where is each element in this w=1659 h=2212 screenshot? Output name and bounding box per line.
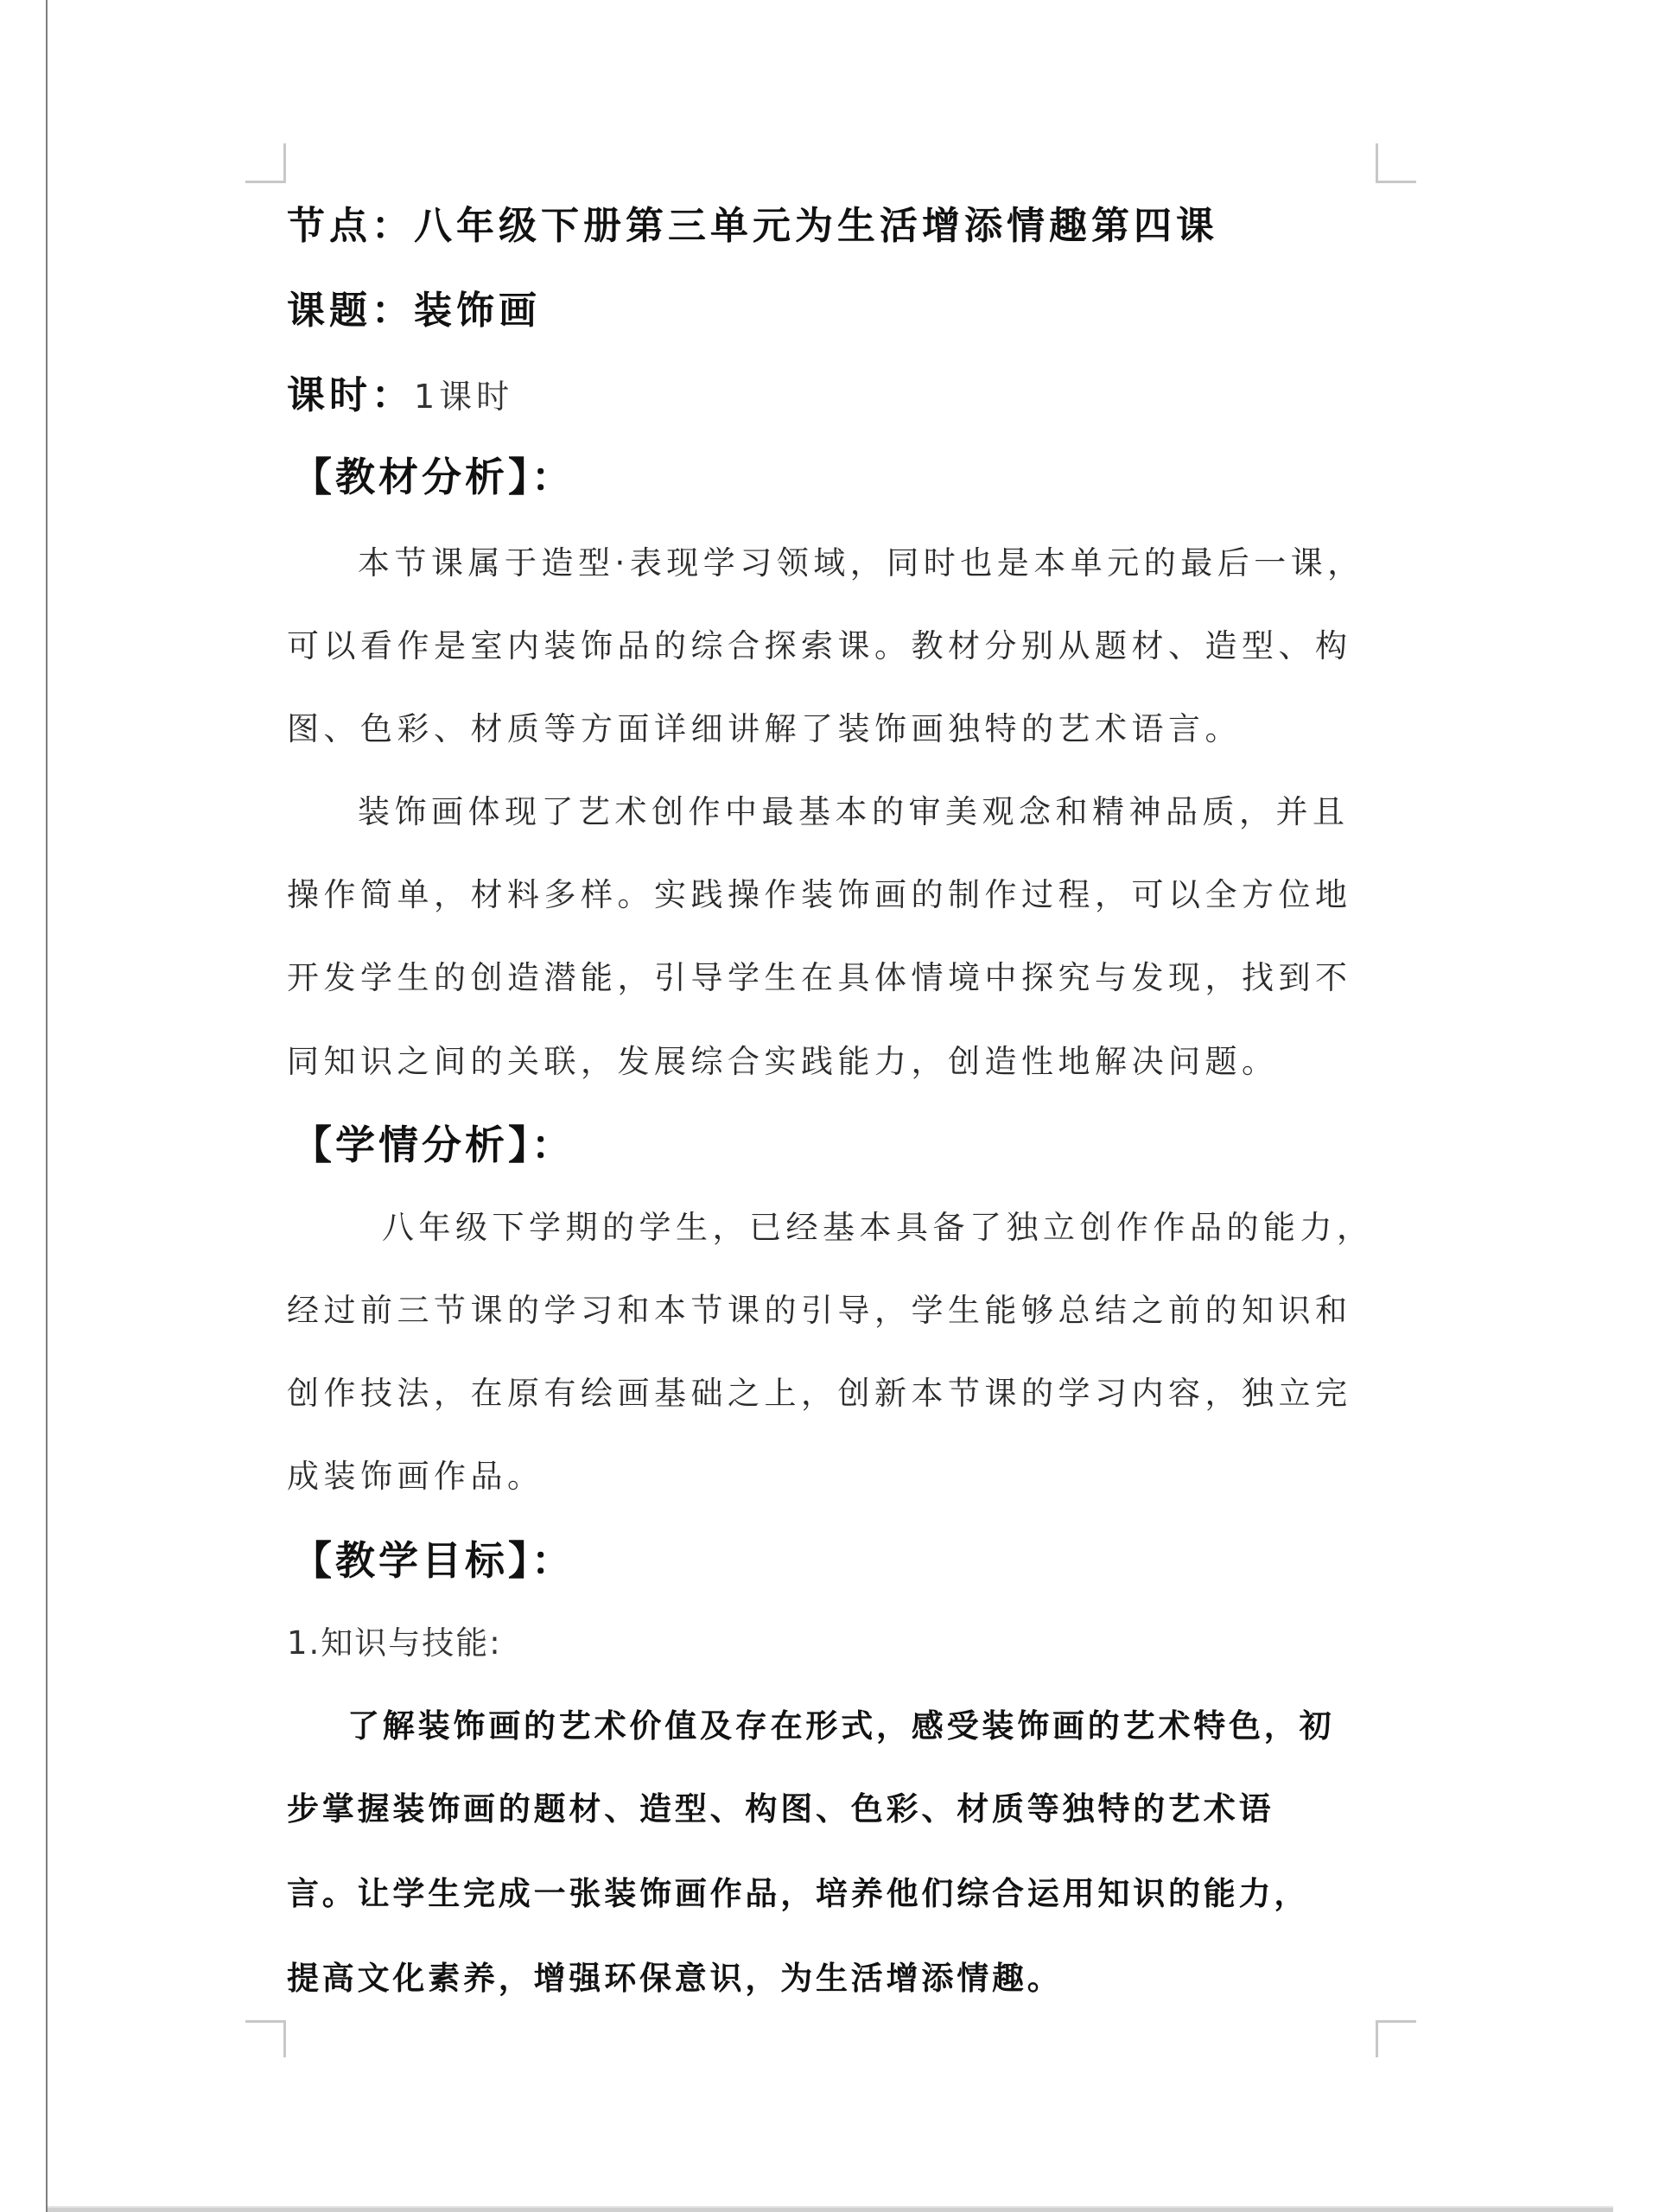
paragraph-line: 本节课属于造型·表现学习领域，同时也是本单元的最后一课， (358, 539, 1364, 588)
node-value: 八年级下册第三单元为生活增添情趣第四课 (414, 204, 1218, 248)
margin-corner-mark-top-left (245, 143, 286, 183)
node-line: 节点：八年级下册第三单元为生活增添情趣第四课 (287, 202, 1218, 251)
section-heading-teaching-goals: 【教学目标】： (292, 1536, 575, 1585)
margin-corner-mark-top-right (1376, 143, 1416, 183)
period-line: 课时：1课时 (287, 372, 513, 421)
paragraph-line: 图、色彩、材质等方面详细讲解了装饰画独特的艺术语言。 (287, 705, 1242, 753)
paragraph-line-bold: 提高文化素养，增强环保意识，为生活增添情趣。 (287, 1955, 1063, 2003)
section-heading-textbook-analysis: 【教材分析】： (292, 453, 575, 501)
paragraph-line: 同知识之间的关联，发展综合实践能力，创造性地解决问题。 (287, 1038, 1279, 1086)
goal-subheading-knowledge-skills: 1.知识与技能: (287, 1619, 502, 1668)
paragraph-line: 操作简单，材料多样。实践操作装饰画的制作过程，可以全方位地 (287, 871, 1352, 919)
node-label: 节点： (287, 204, 414, 248)
paragraph-line-bold: 步掌握装饰画的题材、造型、构图、色彩、材质等独特的艺术语 (287, 1785, 1274, 1834)
paragraph-line: 创作技法，在原有绘画基础之上，创新本节课的学习内容，独立完 (287, 1370, 1352, 1418)
period-label: 课时： (287, 373, 414, 417)
topic-label: 课题： (287, 289, 414, 333)
topic-value: 装饰画 (414, 289, 541, 333)
paragraph-line: 成装饰画作品。 (287, 1452, 544, 1501)
paragraph-line: 可以看作是室内装饰品的综合探索课。教材分别从题材、造型、构 (287, 622, 1352, 671)
paragraph-line: 开发学生的创造潜能，引导学生在具体情境中探究与发现，找到不 (287, 954, 1352, 1002)
page-bottom-edge (48, 2206, 1613, 2212)
margin-corner-mark-bottom-right (1376, 2020, 1416, 2057)
section-heading-student-analysis: 【学情分析】： (292, 1121, 575, 1169)
paragraph-line: 经过前三节课的学习和本节课的引导，学生能够总结之前的知识和 (287, 1287, 1352, 1335)
page-left-border (46, 0, 48, 2212)
margin-corner-mark-bottom-left (245, 2020, 286, 2057)
paragraph-line: 装饰画体现了艺术创作中最基本的审美观念和精神品质，并且 (358, 788, 1350, 836)
paragraph-line-bold: 了解装饰画的艺术价值及存在形式，感受装饰画的艺术特色，初 (347, 1702, 1334, 1751)
paragraph-line-bold: 言。让学生完成一张装饰画作品，培养他们综合运用知识的能力， (287, 1870, 1309, 1918)
period-value: 1课时 (414, 378, 513, 416)
paragraph-line: 八年级下学期的学生，已经基本具备了独立创作作品的能力， (382, 1204, 1374, 1252)
topic-line: 课题：装饰画 (287, 287, 541, 335)
